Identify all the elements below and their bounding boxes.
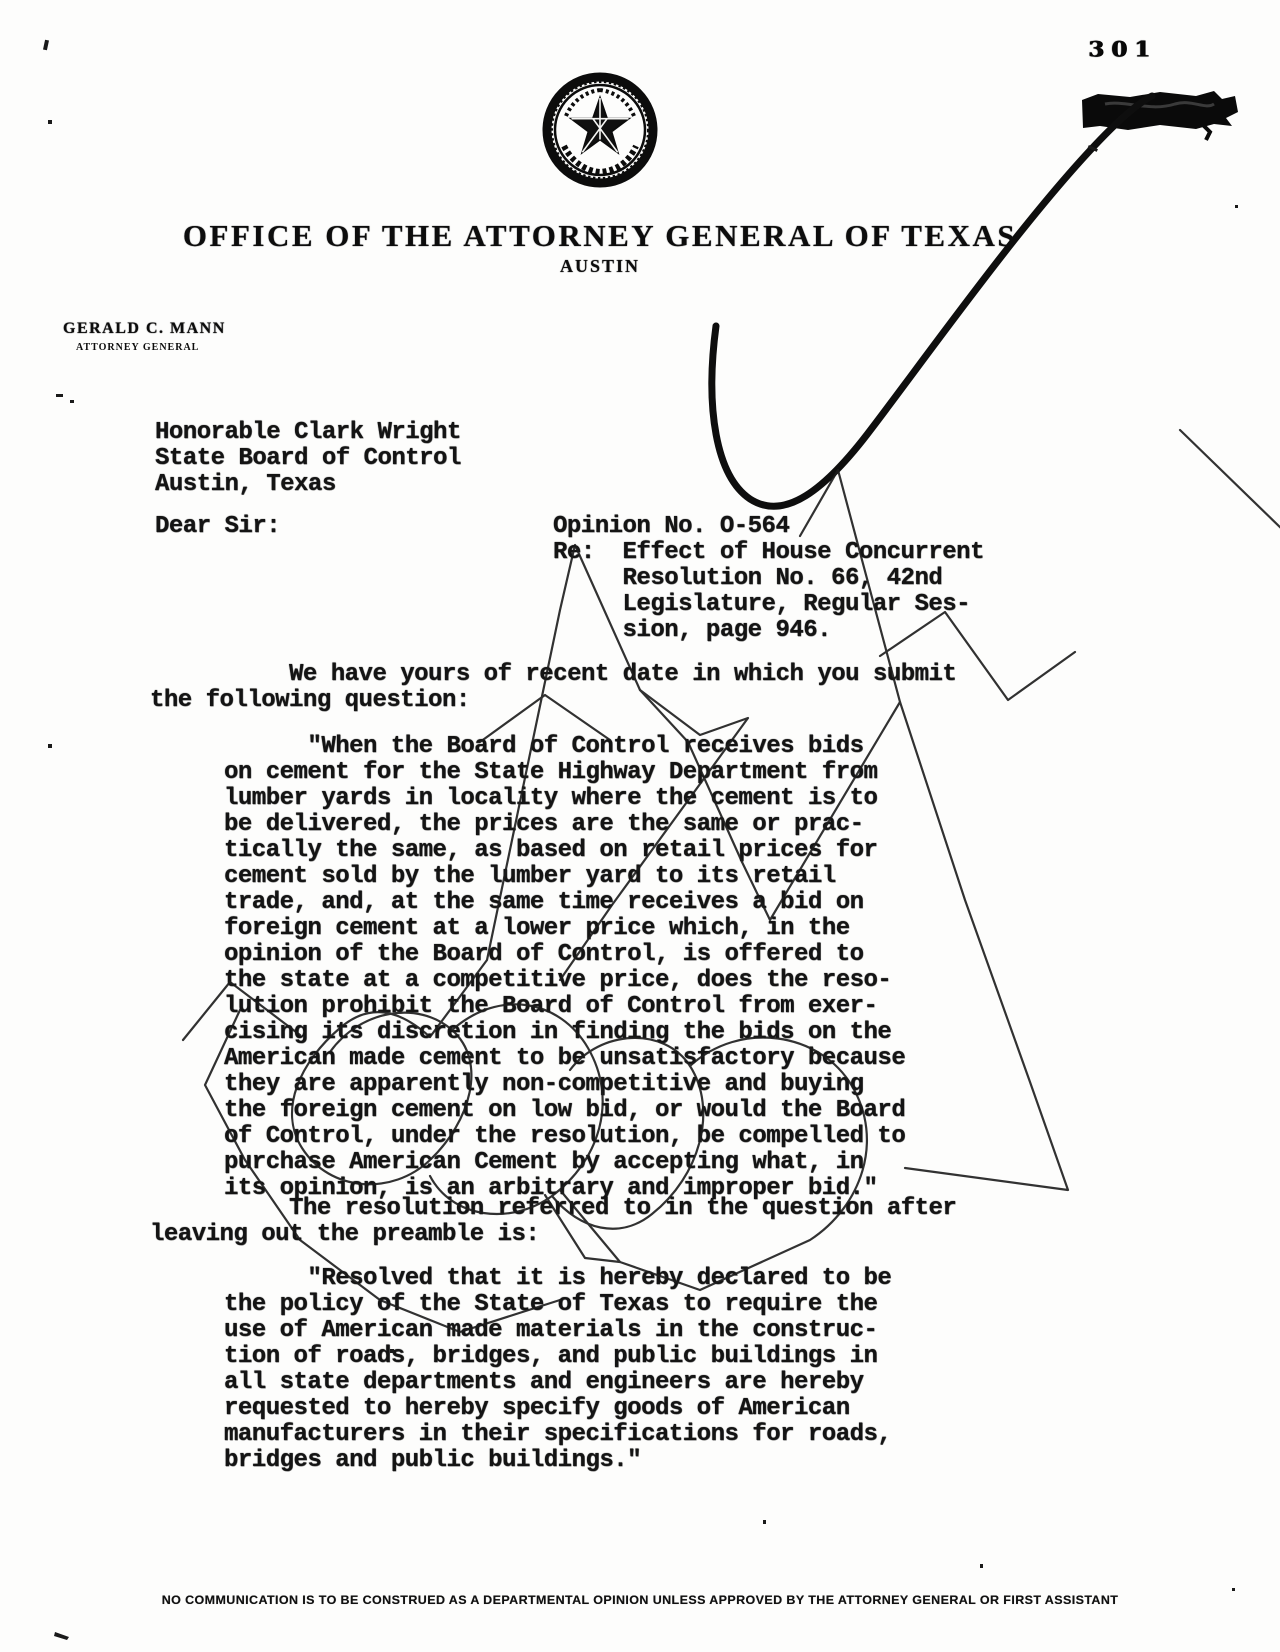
footer-disclaimer: NO COMMUNICATION IS TO BE CONSTRUED AS A…: [0, 1593, 1280, 1606]
page-number: 301: [1088, 37, 1157, 62]
body-paragraph-2: The resolution referred to in the questi…: [150, 1196, 956, 1248]
salutation: Dear Sir:: [155, 514, 280, 540]
scanned-letter-page: { "page": { "page_number": "301", "heade…: [0, 0, 1280, 1652]
letterhead-city: AUSTIN: [0, 256, 1200, 277]
opinion-reference-block: Opinion No. O-564 Re: Effect of House Co…: [553, 514, 984, 644]
attorney-general-name: GERALD C. MANN: [63, 320, 226, 338]
texas-state-seal-icon: [542, 72, 658, 188]
recipient-address: Honorable Clark Wright State Board of Co…: [155, 420, 461, 498]
attorney-general-title: ATTORNEY GENERAL: [76, 342, 199, 353]
body-paragraph-1: We have yours of recent date in which yo…: [150, 662, 956, 714]
quoted-question: "When the Board of Control receives bids…: [224, 734, 905, 1202]
letterhead-office-title: OFFICE OF THE ATTORNEY GENERAL OF TEXAS: [0, 218, 1200, 254]
quoted-resolution: "Resolved that it is hereby declared to …: [224, 1266, 891, 1474]
